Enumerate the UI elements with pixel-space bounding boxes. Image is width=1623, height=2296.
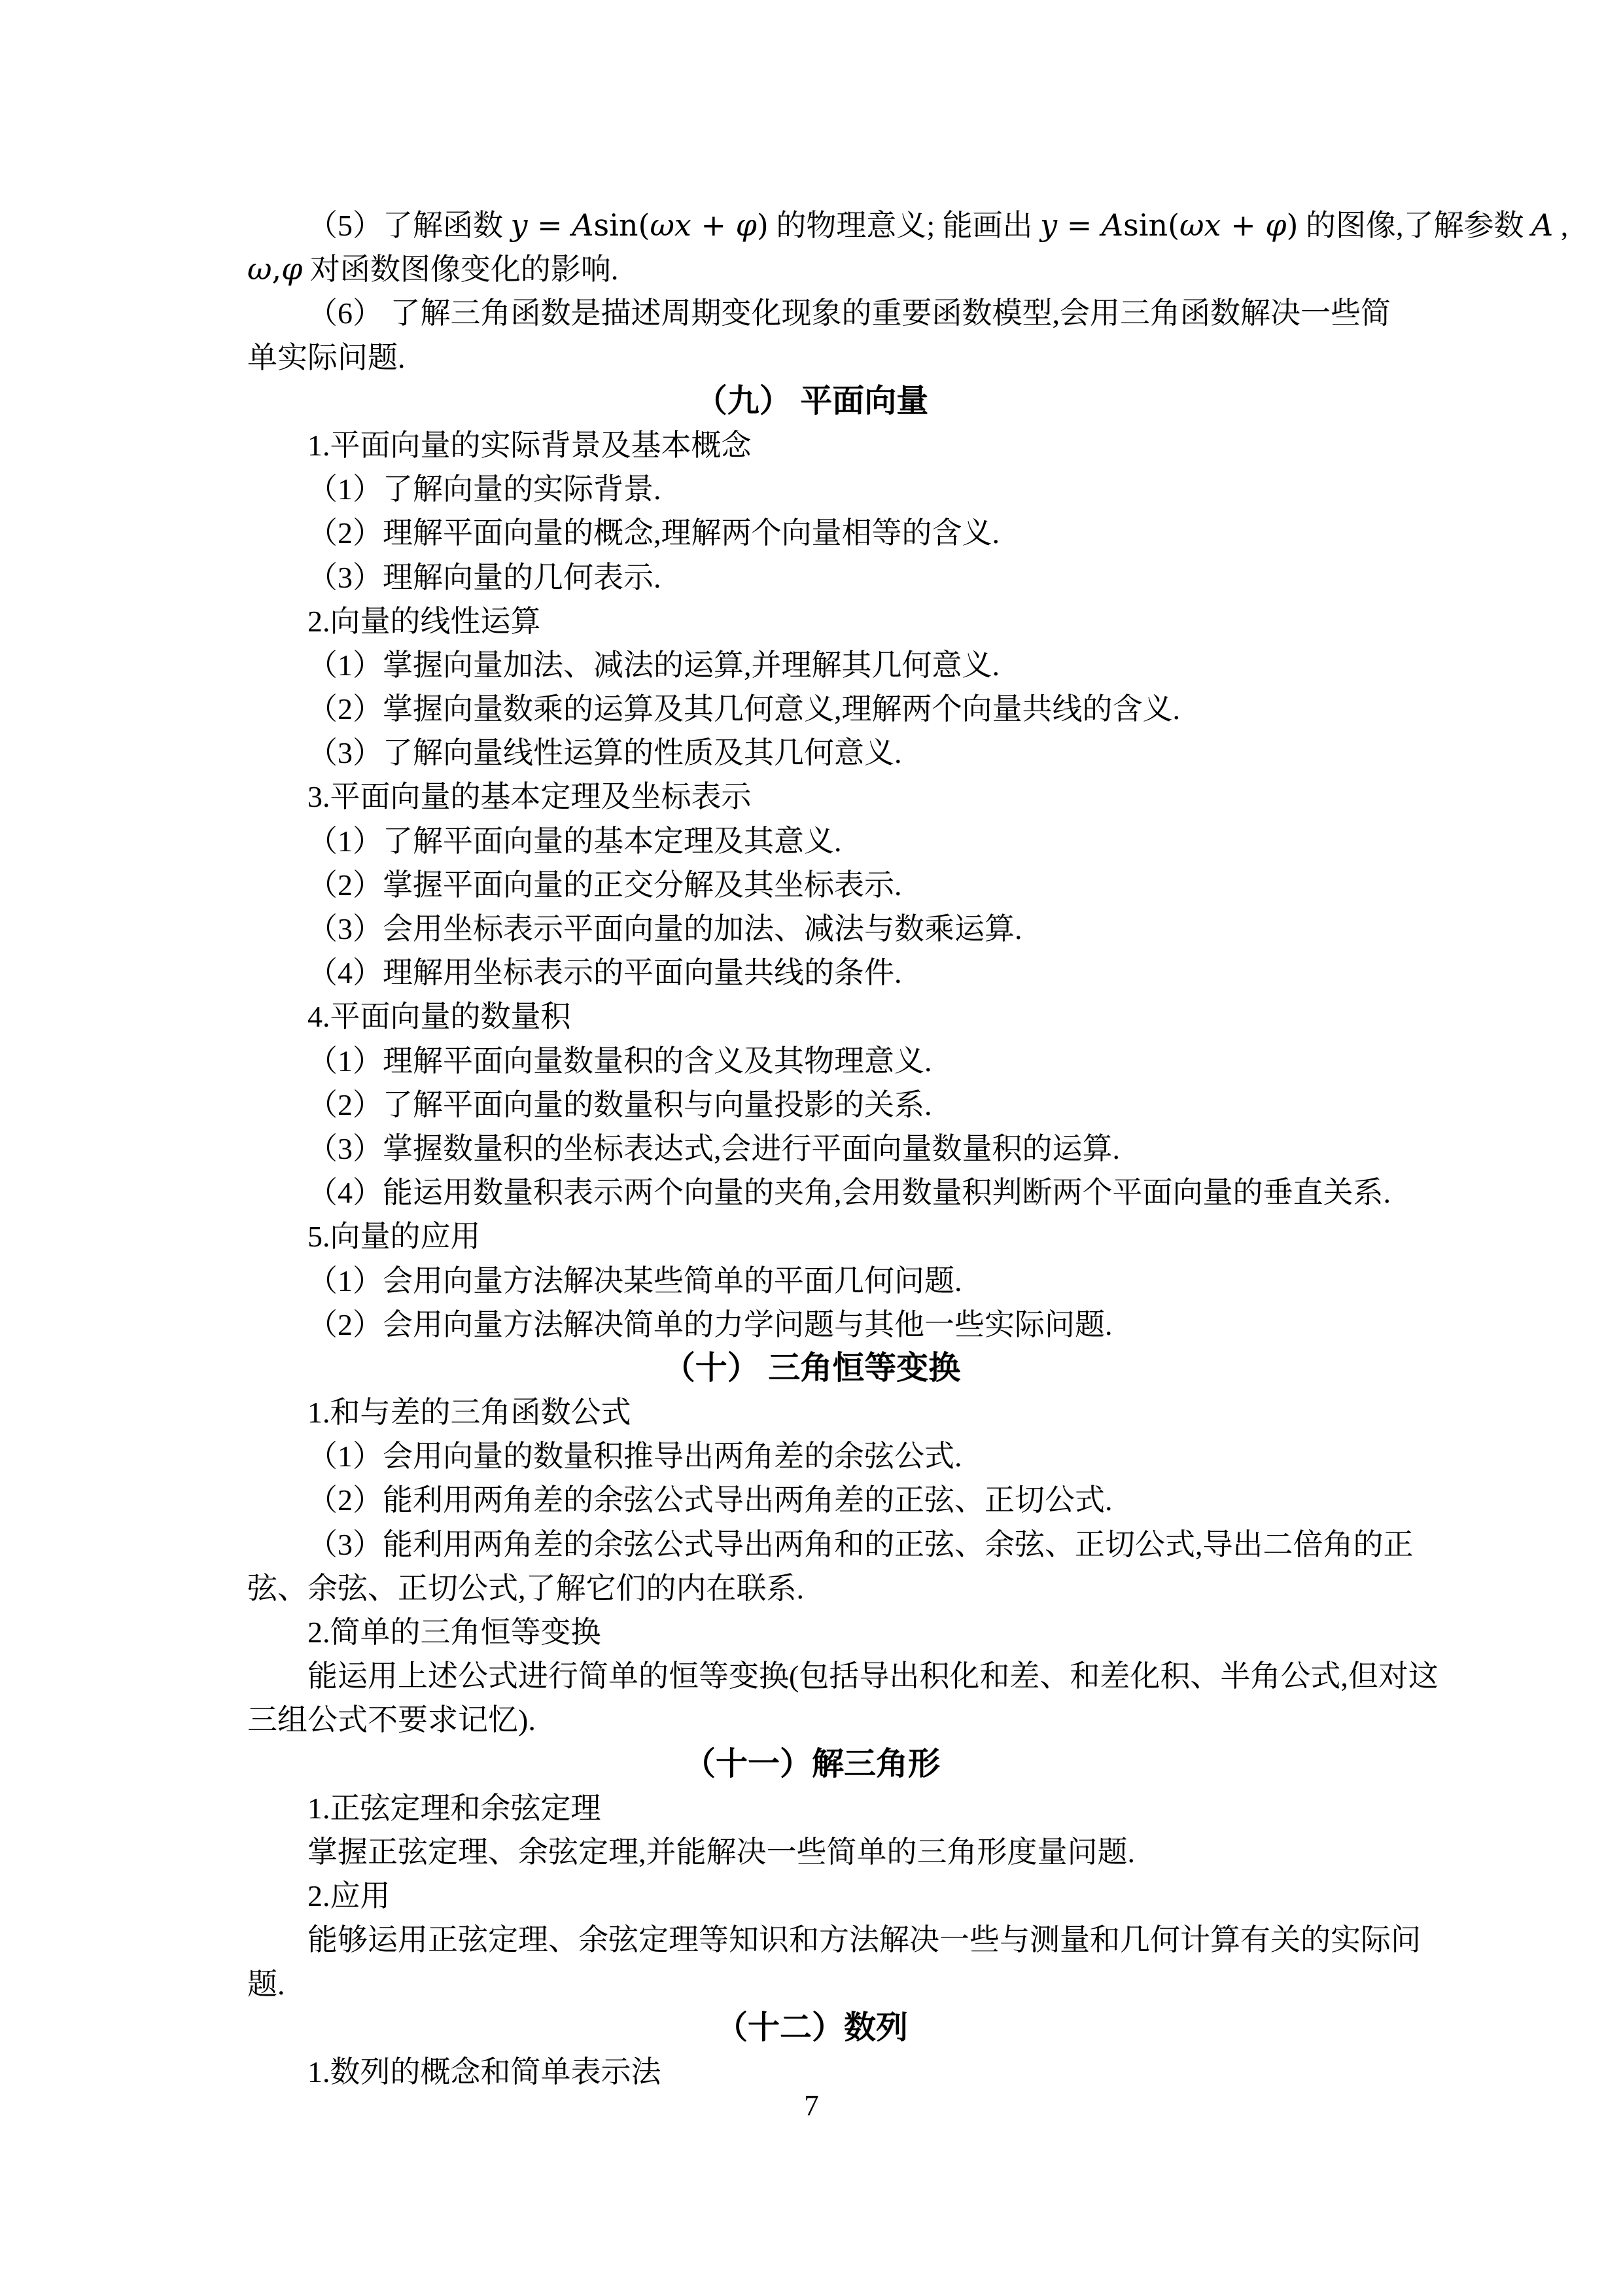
text-segment: 弦、余弦、正切公式,了解它们的内在联系.	[247, 1572, 804, 1605]
text-segment: 单实际问题.	[247, 341, 406, 374]
text-line: （3）能利用两角差的余弦公式导出两角和的正弦、余弦、正切公式,导出二倍角的正	[247, 1523, 1376, 1566]
formula-segment: A	[1102, 207, 1123, 243]
text-line: 三组公式不要求记忆).	[247, 1698, 1376, 1742]
text-line: （2）掌握平面向量的正交分解及其坐标表示.	[247, 863, 1376, 907]
text-line: 1.数列的概念和简单表示法	[247, 2050, 1376, 2094]
text-line: （1）理解平面向量数量积的含义及其物理意义.	[247, 1039, 1376, 1083]
text-segment: （2）掌握向量数乘的运算及其几何意义,理解两个向量共线的含义.	[307, 692, 1180, 726]
formula-segment: φ	[736, 207, 757, 243]
text-segment: （九） 平面向量	[695, 383, 929, 419]
text-line: （1）会用向量的数量积推导出两角差的余弦公式.	[247, 1434, 1376, 1478]
text-segment: （3）理解向量的几何表示.	[307, 561, 661, 594]
text-segment: （3）掌握数量积的坐标表达式,会进行平面向量数量积的运算.	[307, 1132, 1120, 1165]
formula-segment: y	[1040, 207, 1057, 243]
text-segment: （十二）数列	[716, 2010, 908, 2045]
section-heading: （九） 平面向量	[247, 380, 1376, 423]
formula-segment: ω	[247, 251, 272, 287]
text-line: （6） 了解三角函数是描述周期变化现象的重要函数模型,会用三角函数解决一些简	[247, 291, 1376, 335]
text-segment: 掌握正弦定理、余弦定理,并能解决一些简单的三角形度量问题.	[307, 1835, 1135, 1869]
text-line: 1.和与差的三角函数公式	[247, 1390, 1376, 1434]
document-page: （5）了解函数 y = Asin(ωx + φ) 的物理意义; 能画出 y = …	[0, 0, 1623, 2296]
formula-segment: sin(	[594, 207, 650, 243]
section-heading: （十） 三角恒等变换	[247, 1347, 1376, 1390]
text-segment: （1）了解平面向量的基本定理及其意义.	[307, 824, 842, 858]
text-line: 2.应用	[247, 1874, 1376, 1918]
text-segment: （3）能利用两角差的余弦公式导出两角和的正弦、余弦、正切公式,导出二倍角的正	[307, 1528, 1414, 1561]
formula-segment: sin(	[1123, 207, 1179, 243]
text-segment: （1）会用向量的数量积推导出两角差的余弦公式.	[307, 1439, 962, 1473]
formula-segment: ωx	[1179, 207, 1221, 243]
text-segment: 4.平面向量的数量积	[307, 1000, 571, 1033]
text-segment: （3）会用坐标表示平面向量的加法、减法与数乘运算.	[307, 912, 1022, 945]
text-line: 弦、余弦、正切公式,了解它们的内在联系.	[247, 1566, 1376, 1610]
text-line: （1）掌握向量加法、减法的运算,并理解其几何意义.	[247, 643, 1376, 687]
text-line: （4）理解用坐标表示的平面向量共线的条件.	[247, 951, 1376, 995]
text-segment: 5.向量的应用	[307, 1220, 481, 1253]
text-line: （3）理解向量的几何表示.	[247, 556, 1376, 599]
text-line: （2）理解平面向量的概念,理解两个向量相等的含义.	[247, 511, 1376, 555]
text-line: 题.	[247, 1962, 1376, 2006]
text-segment: （1）会用向量方法解决某些简单的平面几何问题.	[307, 1264, 962, 1298]
text-segment: （2）会用向量方法解决简单的力学问题与其他一些实际问题.	[307, 1308, 1113, 1341]
text-line: （2）能利用两角差的余弦公式导出两角差的正弦、正切公式.	[247, 1478, 1376, 1522]
text-segment: 1.正弦定理和余弦定理	[307, 1792, 601, 1825]
text-segment: 3.平面向量的基本定理及坐标表示	[307, 780, 752, 813]
text-segment: 2.应用	[307, 1879, 391, 1913]
formula-segment: A	[572, 207, 593, 243]
text-segment: （2）理解平面向量的概念,理解两个向量相等的含义.	[307, 516, 1000, 550]
formula-segment: A	[1531, 207, 1553, 243]
text-segment: （十） 三角恒等变换	[663, 1351, 961, 1386]
formula-segment: )	[1287, 207, 1299, 243]
text-segment: 2.向量的线性运算	[307, 605, 541, 638]
formula-segment: )	[757, 207, 769, 243]
text-line: （3）了解向量线性运算的性质及其几何意义.	[247, 731, 1376, 775]
text-line: 2.向量的线性运算	[247, 599, 1376, 643]
formula-segment: φ	[281, 251, 302, 287]
text-line: 掌握正弦定理、余弦定理,并能解决一些简单的三角形度量问题.	[247, 1830, 1376, 1874]
formula-segment: =	[528, 207, 572, 243]
formula-segment: y	[511, 207, 528, 243]
text-line: （4）能运用数量积表示两个向量的夹角,会用数量积判断两个平面向量的垂直关系.	[247, 1171, 1376, 1214]
text-line: 3.平面向量的基本定理及坐标表示	[247, 775, 1376, 819]
text-segment: （2）掌握平面向量的正交分解及其坐标表示.	[307, 868, 902, 902]
text-segment: （1）掌握向量加法、减法的运算,并理解其几何意义.	[307, 648, 1000, 682]
formula-segment: +	[691, 207, 736, 243]
formula-segment: φ	[1265, 207, 1286, 243]
text-segment: 的图像,了解参数	[1298, 209, 1531, 242]
text-line: （1）了解向量的实际背景.	[247, 467, 1376, 511]
text-segment: 能够运用正弦定理、余弦定理等知识和方法解决一些与测量和几何计算有关的实际问	[307, 1923, 1421, 1956]
text-segment: 1.平面向量的实际背景及基本概念	[307, 429, 752, 462]
text-segment: （1）了解向量的实际背景.	[307, 472, 661, 506]
text-segment: 1.数列的概念和简单表示法	[307, 2055, 661, 2089]
text-line: （1）会用向量方法解决某些简单的平面几何问题.	[247, 1259, 1376, 1303]
text-segment: 1.和与差的三角函数公式	[307, 1396, 631, 1429]
text-line: （2）掌握向量数乘的运算及其几何意义,理解两个向量共线的含义.	[247, 687, 1376, 731]
formula-segment: ,	[272, 251, 282, 287]
document-body: （5）了解函数 y = Asin(ωx + φ) 的物理意义; 能画出 y = …	[247, 203, 1376, 2094]
text-segment: （4）理解用坐标表示的平面向量共线的条件.	[307, 956, 902, 989]
text-line: 2.简单的三角恒等变换	[247, 1610, 1376, 1654]
text-segment: 题.	[247, 1968, 285, 2001]
text-segment: （十一）解三角形	[684, 1746, 940, 1782]
text-line: （5）了解函数 y = Asin(ωx + φ) 的物理意义; 能画出 y = …	[247, 203, 1376, 247]
formula-segment: =	[1057, 207, 1102, 243]
text-line: （1）了解平面向量的基本定理及其意义.	[247, 819, 1376, 863]
text-segment: 的物理意义; 能画出	[769, 209, 1040, 242]
formula-segment: +	[1221, 207, 1266, 243]
text-segment: ,	[1553, 209, 1568, 242]
page-footer: 7	[0, 2089, 1623, 2123]
text-line: 5.向量的应用	[247, 1214, 1376, 1258]
text-segment: （4）能运用数量积表示两个向量的夹角,会用数量积判断两个平面向量的垂直关系.	[307, 1176, 1391, 1209]
text-line: ω,φ 对函数图像变化的影响.	[247, 247, 1376, 291]
page-number: 7	[804, 2089, 819, 2122]
text-segment: （2）能利用两角差的余弦公式导出两角差的正弦、正切公式.	[307, 1483, 1113, 1517]
text-segment: （3）了解向量线性运算的性质及其几何意义.	[307, 736, 902, 769]
text-line: 4.平面向量的数量积	[247, 995, 1376, 1038]
text-line: 能够运用正弦定理、余弦定理等知识和方法解决一些与测量和几何计算有关的实际问	[247, 1918, 1376, 1962]
text-segment: 三组公式不要求记忆).	[247, 1703, 536, 1737]
text-line: （3）掌握数量积的坐标表达式,会进行平面向量数量积的运算.	[247, 1127, 1376, 1171]
text-segment: （6） 了解三角函数是描述周期变化现象的重要函数模型,会用三角函数解决一些简	[307, 296, 1391, 330]
formula-segment: ωx	[650, 207, 691, 243]
text-line: 单实际问题.	[247, 336, 1376, 380]
text-segment: （5）了解函数	[307, 209, 511, 242]
text-segment: （1）理解平面向量数量积的含义及其物理意义.	[307, 1044, 932, 1078]
text-segment: （2）了解平面向量的数量积与向量投影的关系.	[307, 1088, 932, 1122]
text-segment: 对函数图像变化的影响.	[302, 253, 618, 286]
text-line: 1.平面向量的实际背景及基本概念	[247, 423, 1376, 467]
text-segment: 2.简单的三角恒等变换	[307, 1616, 601, 1649]
section-heading: （十二）数列	[247, 2006, 1376, 2050]
text-line: 能运用上述公式进行简单的恒等变换(包括导出积化和差、和差化积、半角公式,但对这	[247, 1654, 1376, 1698]
text-line: 1.正弦定理和余弦定理	[247, 1786, 1376, 1830]
text-line: （2）会用向量方法解决简单的力学问题与其他一些实际问题.	[247, 1303, 1376, 1347]
text-segment: 能运用上述公式进行简单的恒等变换(包括导出积化和差、和差化积、半角公式,但对这	[307, 1659, 1439, 1693]
text-line: （2）了解平面向量的数量积与向量投影的关系.	[247, 1083, 1376, 1127]
text-line: （3）会用坐标表示平面向量的加法、减法与数乘运算.	[247, 907, 1376, 951]
section-heading: （十一）解三角形	[247, 1742, 1376, 1786]
